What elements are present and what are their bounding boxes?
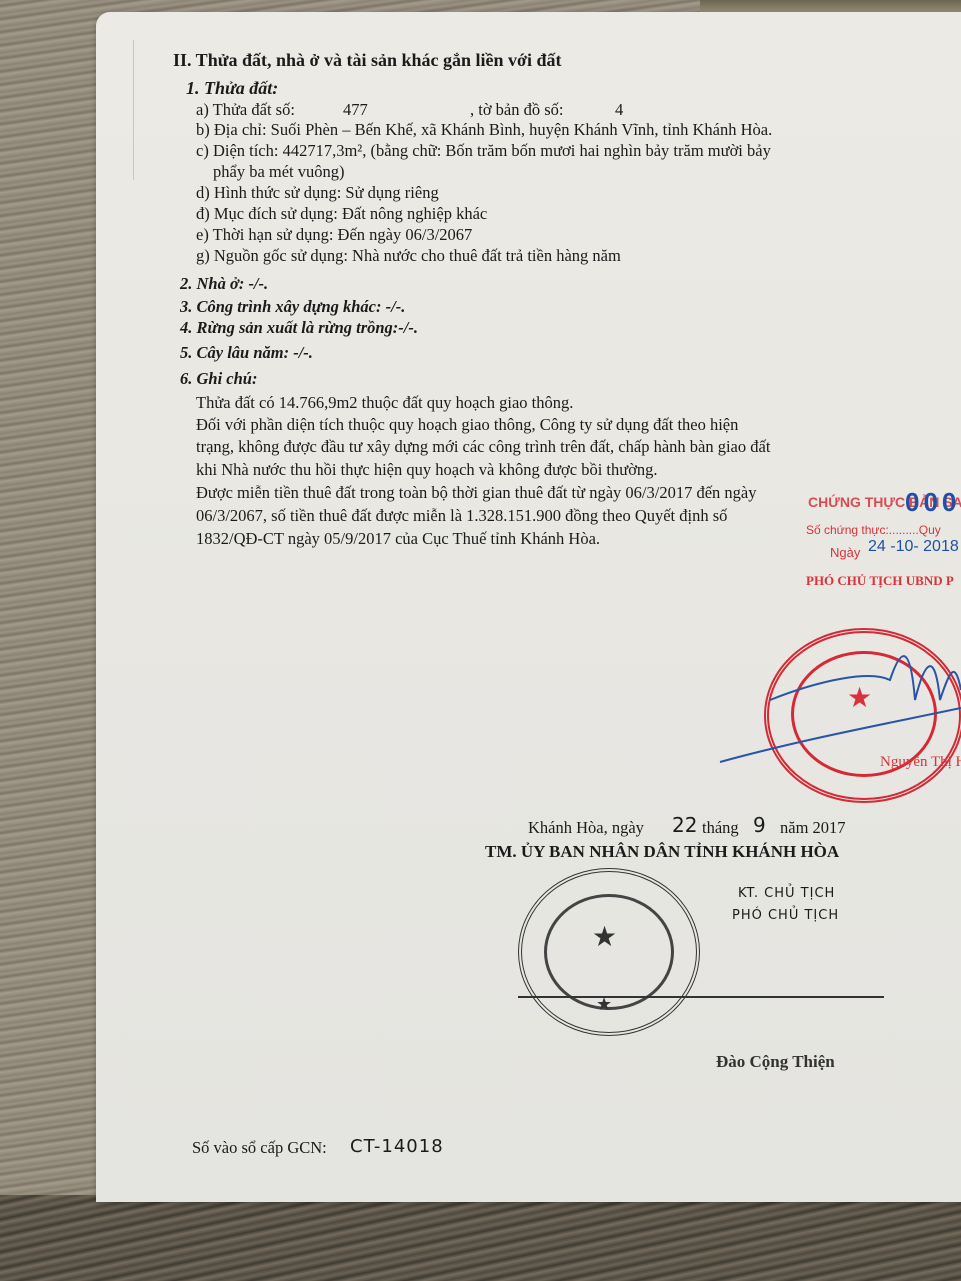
signer-name: Đào Cộng Thiện xyxy=(716,1052,835,1072)
role-chairman: KT. CHỦ TỊCH xyxy=(738,884,835,904)
day-handwritten: 22 xyxy=(672,815,697,835)
registry-label: Số vào sổ cấp GCN: xyxy=(192,1138,327,1158)
blue-signature xyxy=(0,0,961,1281)
place-date-prefix: Khánh Hòa, ngày xyxy=(528,818,644,838)
month-handwritten: 9 xyxy=(753,815,766,835)
cert-signer-name: Nguyễn Thị Hoa xyxy=(880,752,961,772)
registry-value: CT-14018 xyxy=(350,1137,444,1157)
black-official-seal: ★★ xyxy=(518,868,700,1036)
year-label: năm 2017 xyxy=(780,818,846,838)
month-label: tháng xyxy=(702,818,739,838)
role-vice-chairman: PHÓ CHỦ TỊCH xyxy=(732,906,839,926)
signature-line xyxy=(518,996,884,998)
issuing-org: TM. ỦY BAN NHÂN DÂN TỈNH KHÁNH HÒA xyxy=(485,842,839,862)
